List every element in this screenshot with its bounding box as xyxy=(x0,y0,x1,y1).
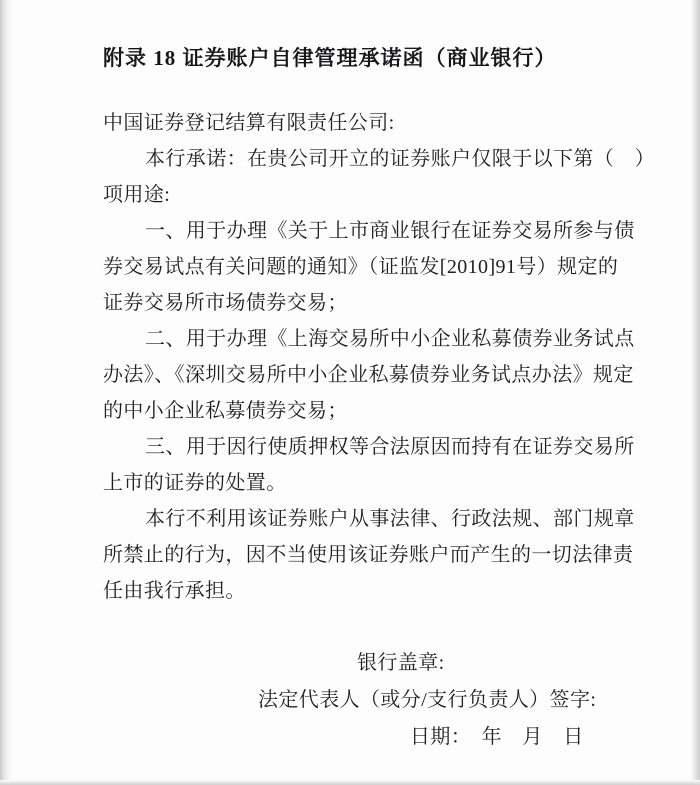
body-line-item3-2: 上市的证券的处置。 xyxy=(103,465,623,501)
document-title: 附录 18 证券账户自律管理承诺函（商业银行） xyxy=(103,44,623,72)
body-line-item2-1: 二、用于办理《上海交易所中小企业私募债券业务试点 xyxy=(103,321,623,357)
body-line-commitment: 本行承诺：在贵公司开立的证券账户仅限于以下第（ ） xyxy=(103,141,623,177)
body-line-usage: 项用途: xyxy=(103,177,623,213)
body-line-liability-2: 所禁止的行为，因不当使用该证券账户而产生的一切法律责 xyxy=(103,537,623,573)
salutation-line: 中国证券登记结算有限责任公司: xyxy=(103,105,623,141)
scan-edge-bottom xyxy=(0,780,700,785)
signature-block: 银行盖章: 法定代表人（或分/支行负责人）签字: 日期： 年 月 日 xyxy=(103,645,623,756)
body-line-item2-2: 办法》、《深圳交易所中小企业私募债券业务试点办法》规定 xyxy=(103,357,623,393)
body-line-item2-3: 的中小企业私募债券交易； xyxy=(103,393,623,429)
body-line-item1-1: 一、用于办理《关于上市商业银行在证券交易所参与债 xyxy=(103,213,623,249)
document-content: 附录 18 证券账户自律管理承诺函（商业银行） 中国证券登记结算有限责任公司: … xyxy=(103,44,623,756)
scan-edge-left xyxy=(0,0,13,785)
scan-edge-right xyxy=(689,0,700,785)
bank-seal-line: 银行盖章: xyxy=(357,645,623,682)
body-line-item3-1: 三、用于因行使质押权等合法原因而持有在证券交易所 xyxy=(103,429,623,465)
body-line-liability-3: 任由我行承担。 xyxy=(103,573,623,609)
representative-signature-line: 法定代表人（或分/支行负责人）签字: xyxy=(258,682,623,719)
body-line-item1-3: 证券交易所市场债券交易； xyxy=(103,285,623,321)
body-line-liability-1: 本行不利用该证券账户从事法律、行政法规、部门规章 xyxy=(103,501,623,537)
body-line-item1-2: 券交易试点有关问题的通知》（证监发[2010]91号）规定的 xyxy=(103,249,623,285)
date-line: 日期： 年 月 日 xyxy=(410,719,623,756)
document-page: 附录 18 证券账户自律管理承诺函（商业银行） 中国证券登记结算有限责任公司: … xyxy=(0,0,700,785)
